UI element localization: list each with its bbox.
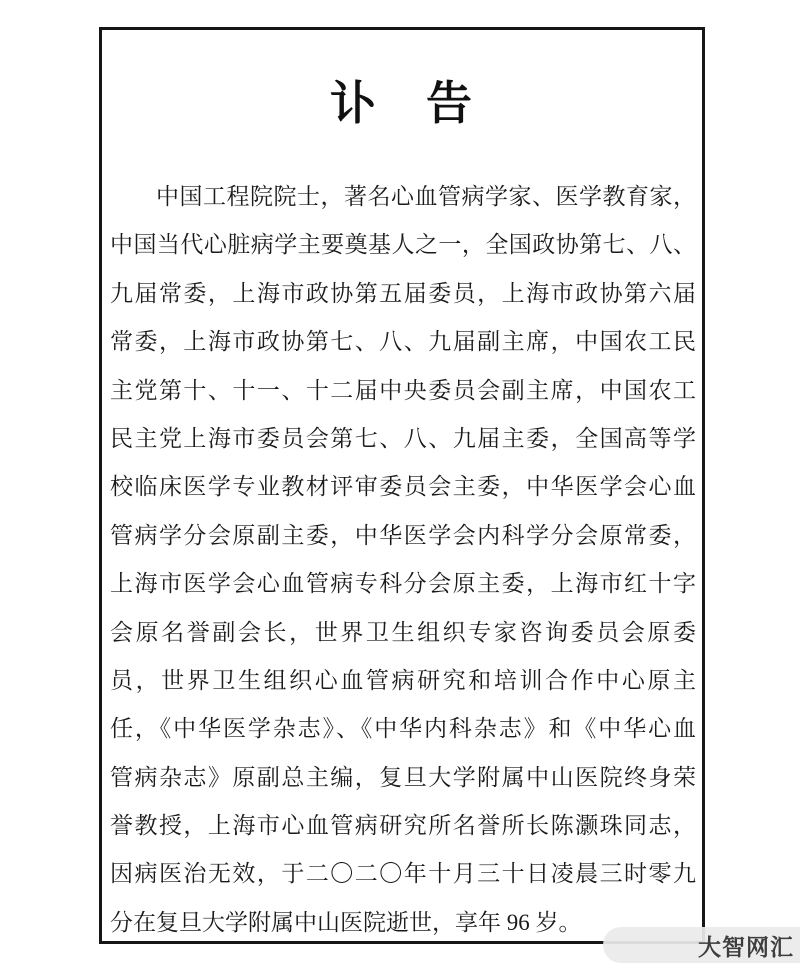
body-line: 因病医治无效，于二〇二〇年十月三十日凌晨三时零九: [110, 850, 696, 898]
body-line: 中国当代心脏病学主要奠基人之一，全国政协第七、八、: [110, 221, 696, 269]
body-line: 上海市医学会心血管病专科分会原主委，上海市红十字: [110, 560, 696, 608]
body-line: 誉教授，上海市心血管病研究所名誉所长陈灏珠同志，: [110, 802, 696, 850]
body-line: 九届常委，上海市政协第五届委员，上海市政协第六届: [110, 270, 696, 318]
watermark-label: 大智网汇: [698, 929, 794, 962]
document-title: 讣 告: [102, 76, 702, 130]
body-line: 管病杂志》原副总主编，复旦大学附属中山医院终身荣: [110, 754, 696, 802]
body-line: 民主党上海市委员会第七、八、九届主委，全国高等学: [110, 415, 696, 463]
body-line: 任，《中华医学杂志》、《中华内科杂志》和《中华心血: [110, 705, 696, 753]
body-line: 常委，上海市政协第七、八、九届副主席，中国农工民: [110, 318, 696, 366]
body-line: 校临床医学专业教材评审委员会主委，中华医学会心血: [110, 463, 696, 511]
body-line: 会原名誉副会长，世界卫生组织专家咨询委员会原委: [110, 609, 696, 657]
body-line: 管病学分会原副主委，中华医学会内科学分会原常委，: [110, 512, 696, 560]
obituary-document-frame: 讣 告 中国工程院院士，著名心血管病学家、医学教育家， 中国当代心脏病学主要奠基…: [99, 27, 705, 944]
body-line: 主党第十、十一、十二届中央委员会副主席，中国农工: [110, 367, 696, 415]
body-line: 中国工程院院士，著名心血管病学家、医学教育家，: [110, 173, 696, 221]
obituary-page: 讣 告 中国工程院院士，著名心血管病学家、医学教育家， 中国当代心脏病学主要奠基…: [0, 0, 800, 975]
body-line: 员，世界卫生组织心血管病研究和培训合作中心原主: [110, 657, 696, 705]
watermark-badge: 大智网汇: [603, 927, 800, 963]
document-body: 中国工程院院士，著名心血管病学家、医学教育家， 中国当代心脏病学主要奠基人之一，…: [102, 173, 702, 944]
